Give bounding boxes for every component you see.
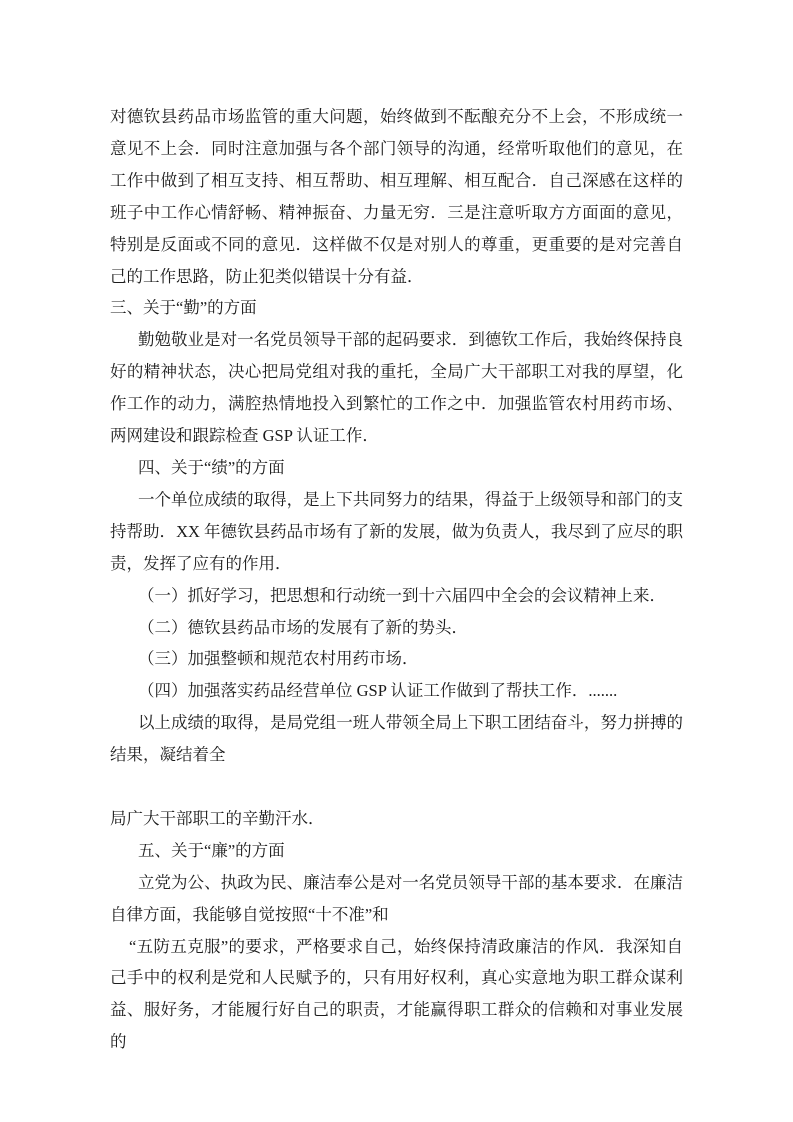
heading-section-5-integrity: 五、关于“廉”的方面 xyxy=(110,835,683,867)
paragraph-decision-making-continued: 对德钦县药品市场监管的重大问题，始终做到不酝酿充分不上会，不形成统一意见不上会．… xyxy=(110,101,683,292)
paragraph-achievement-intro: 一个单位成绩的取得，是上下共同努力的结果，得益于上级领导和部门的支持帮助．XX … xyxy=(110,484,683,580)
list-item-1: （一）抓好学习，把思想和行动统一到十六届四中全会的会议精神上来． xyxy=(110,580,683,612)
paragraph-results-credit: 以上成绩的取得，是局党组一班人带领全局上下职工团结奋斗，努力拼搏的结果，凝结着全 xyxy=(110,707,683,771)
document-page: 对德钦县药品市场监管的重大问题，始终做到不酝酿充分不上会，不形成统一意见不上会．… xyxy=(0,0,793,1122)
list-item-2: （二）德钦县药品市场的发展有了新的势头． xyxy=(110,612,683,644)
paragraph-diligence-body: 勤勉敬业是对一名党员领导干部的起码要求．到德钦工作后，我始终保持良好的精神状态，… xyxy=(110,324,683,452)
paragraph-integrity-intro: 立党为公、执政为民、廉洁奉公是对一名党员领导干部的基本要求．在廉洁自律方面，我能… xyxy=(110,867,683,931)
blank-line xyxy=(110,771,683,803)
list-item-3: （三）加强整顿和规范农村用药市场． xyxy=(110,643,683,675)
list-item-4: （四）加强落实药品经营单位 GSP 认证工作做到了帮扶工作．....... xyxy=(110,675,683,707)
heading-section-4-achievement: 四、关于“绩”的方面 xyxy=(110,452,683,484)
paragraph-results-credit-continued: 局广大干部职工的辛勤汗水． xyxy=(110,803,683,835)
paragraph-integrity-detail: “五防五克服”的要求，严格要求自己，始终保持清政廉洁的作风．我深知自己手中的权利… xyxy=(110,931,683,1059)
heading-section-3-diligence: 三、关于“勤”的方面 xyxy=(110,292,683,324)
